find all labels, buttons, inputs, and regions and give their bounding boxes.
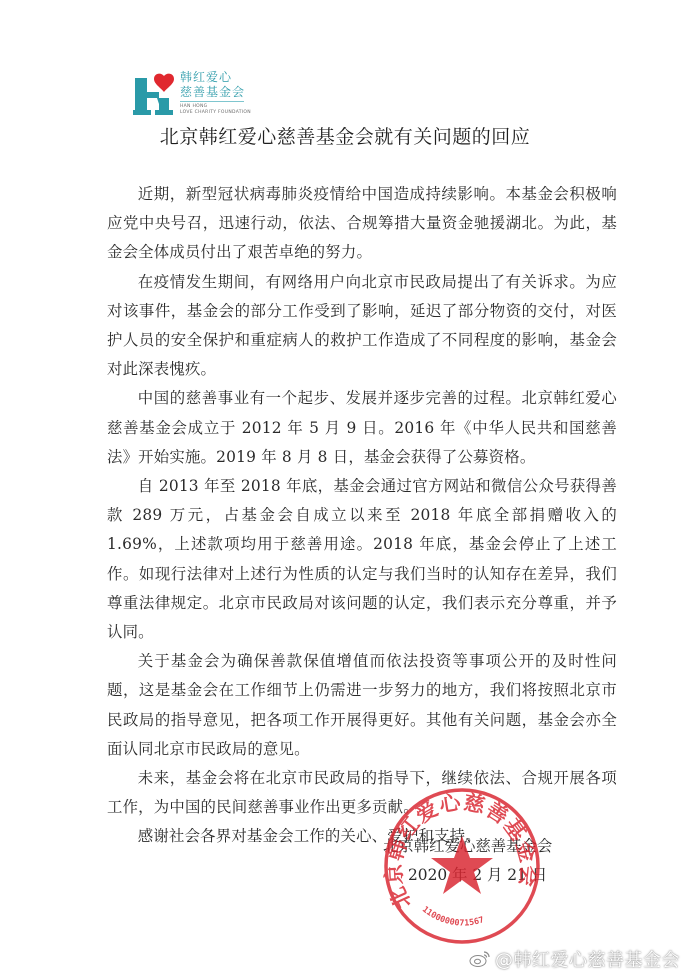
- logo-h-heart-icon: [133, 72, 177, 116]
- paragraph: 近期，新型冠状病毒肺炎疫情给中国造成持续影响。本基金会积极响应党中央号召，迅速行…: [107, 180, 617, 268]
- weibo-watermark: @韩红爱心慈善基金会: [469, 946, 680, 972]
- paragraph: 在疫情发生期间，有网络用户向北京市民政局提出了有关诉求。为应对该事件，基金会的部…: [107, 268, 617, 385]
- paragraph: 关于基金会为确保善款保值增值而依法投资等事项公开的及时性问题，这是基金会在工作细…: [107, 647, 617, 764]
- logo-name-line1: 韩红爱心: [180, 70, 251, 85]
- paragraph: 中国的慈善事业有一个起步、发展并逐步完善的过程。北京韩红爱心慈善基金会成立于 2…: [107, 384, 617, 472]
- svg-text:1100000071567: 1100000071567: [420, 905, 485, 929]
- weibo-icon: [469, 950, 491, 968]
- paragraph: 自 2013 年至 2018 年底，基金会通过官方网站和微信公众号获得善款 28…: [107, 472, 617, 647]
- logo-wordmark: 韩红爱心 慈善基金会 HAN HONG LOVE CHARITY FOUNDAT…: [180, 70, 251, 116]
- document-body: 近期，新型冠状病毒肺炎疫情给中国造成持续影响。本基金会积极响应党中央号召，迅速行…: [107, 180, 617, 852]
- seal-serial: 1100000071567: [420, 905, 485, 929]
- signature-date: 2020 年 2 月 21 日: [383, 861, 573, 890]
- paragraph: 未来，基金会将在北京市民政局的指导下，继续依法、合规开展各项工作，为中国的民间慈…: [107, 764, 617, 822]
- signature-organization: 北京韩红爱心慈善基金会: [383, 832, 573, 861]
- watermark-text: @韩红爱心慈善基金会: [495, 946, 680, 972]
- signature-block: 北京韩红爱心慈善基金会 2020 年 2 月 21 日: [383, 832, 573, 890]
- logo-english-line2: LOVE CHARITY FOUNDATION: [180, 110, 251, 116]
- logo-divider: [180, 101, 244, 102]
- document-title: 北京韩红爱心慈善基金会就有关问题的回应: [0, 122, 690, 149]
- logo-name-line2: 慈善基金会: [180, 85, 251, 100]
- foundation-logo: 韩红爱心 慈善基金会 HAN HONG LOVE CHARITY FOUNDAT…: [133, 66, 273, 118]
